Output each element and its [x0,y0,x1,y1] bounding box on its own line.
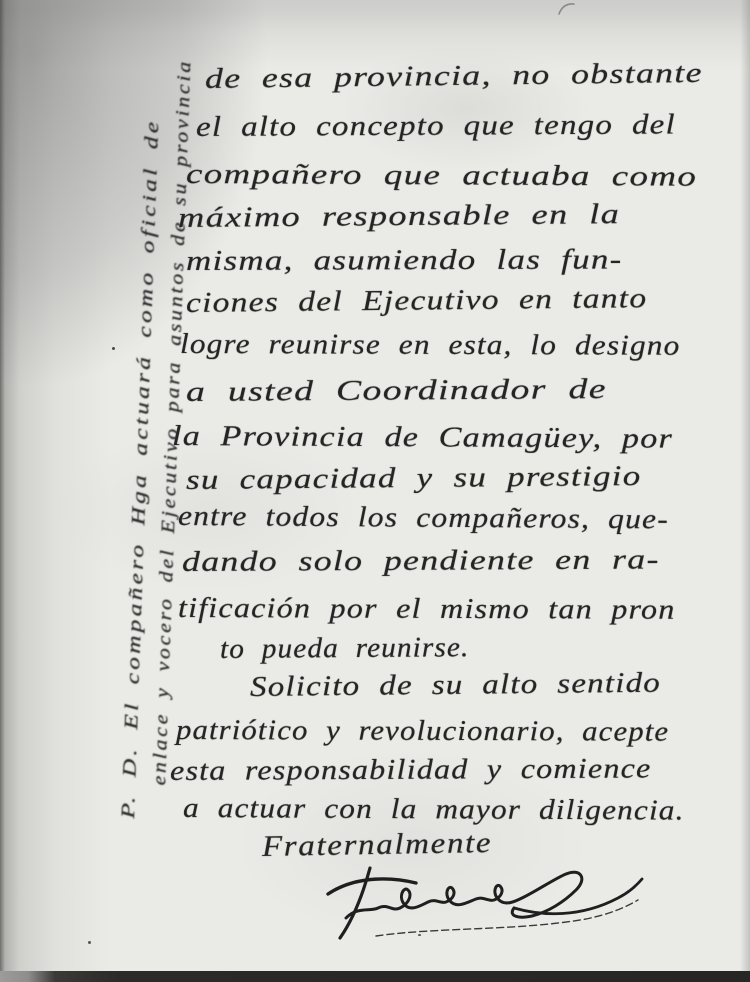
scan-speck [112,347,115,350]
handwritten-line: la Provincia de Camagüey, por [172,423,673,454]
handwritten-line: entre todos los compañeros, que- [178,503,669,534]
handwritten-line: de esa provincia, no obstante [205,60,703,94]
scan-speck [418,934,421,936]
handwritten-line: máximo responsable en la [178,201,620,233]
hook-stroke [559,4,574,14]
handwritten-line: ciones del Ejecutivo en tanto [186,285,648,318]
handwritten-line: to pueda reunirse. [220,634,470,664]
signature-stroke [340,868,370,938]
scan-right-shadow [740,0,750,982]
handwritten-line: a usted Coordinador de [186,376,607,407]
handwritten-line: el alto concepto que tengo del [196,111,676,142]
scan-bottom-edge [0,971,750,982]
signature-flourish [318,856,648,951]
handwritten-line: logre reunirse en esta, lo designo [180,331,680,361]
scan-speck [88,941,91,944]
handwritten-line: dando solo pendiente en ra- [182,546,660,577]
handwritten-line: Solicito de su alto sentido [250,670,661,702]
scan-hook-mark [558,1,578,15]
handwritten-line: compañero que actuaba como [186,161,697,192]
margin-postscript-note: P. D. El compañero Hga actuará como ofic… [114,18,206,820]
handwritten-line: esta responsabilidad y comience [170,755,652,786]
signature-stroke [514,879,642,914]
handwritten-line: tificación por el mismo tan pron [178,595,676,625]
handwritten-line: a actuar con la mayor diligencia. [183,795,685,826]
handwritten-line: patriótico y revolucionario, acepte [176,717,669,747]
scan-left-shadow [0,0,110,982]
handwritten-line: misma, asumiendo las fun- [186,246,623,276]
handwritten-line: su capacidad y su prestigio [186,463,642,495]
scanned-letter-page: de esa provincia, no obstante el alto co… [0,0,750,982]
